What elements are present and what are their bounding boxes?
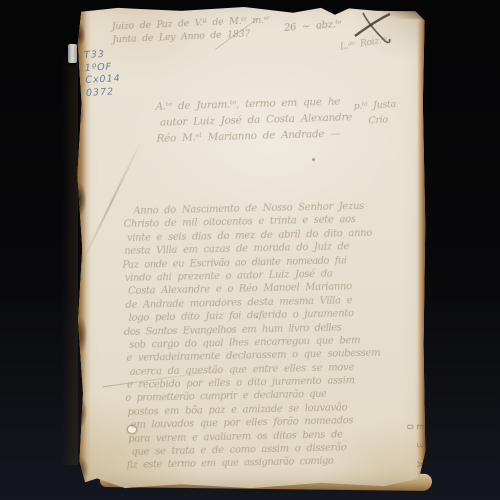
archival-code-line: Cx014: [85, 73, 121, 87]
margin-annotation: p.ᵗᵃ Justa Crio: [353, 97, 397, 129]
archival-reference-code: T33 1ºOF Cx014 0372: [84, 48, 122, 100]
date-annotation: 26 ~ abz.ᵗᵒ: [284, 19, 342, 34]
margin-annotation-line: Crio: [368, 112, 397, 128]
archival-code-line: 0372: [86, 86, 122, 100]
case-title-block: A.ᵗᵒ de Juram.ᵗᵒ, termo em que he autor …: [155, 93, 352, 146]
page-fore-edge: [417, 11, 426, 485]
clerk-signature-note: L.ᵈᵒ Roiz.ᵉˢ: [340, 35, 388, 52]
court-header: Juizo de Paz de V.ª de M.ᵗᵉ m.ᵒʳ Junta d…: [112, 14, 271, 47]
binding-staple: [68, 44, 77, 63]
margin-annotation-line: p.ᵗᵃ Justa: [353, 97, 396, 114]
ink-speck: [312, 158, 315, 161]
manuscript-body-text: Anno do Nascimento de Nosso Senhor Jezus…: [123, 199, 411, 473]
archive-photo-background: Juizo de Paz de V.ª de M.ᵗᵉ m.ᵒʳ Junta d…: [0, 0, 500, 500]
manuscript-page: Juizo de Paz de V.ª de M.ᵗᵉ m.ᵒʳ Junta d…: [76, 6, 426, 490]
spine-shadow: [62, 55, 78, 465]
